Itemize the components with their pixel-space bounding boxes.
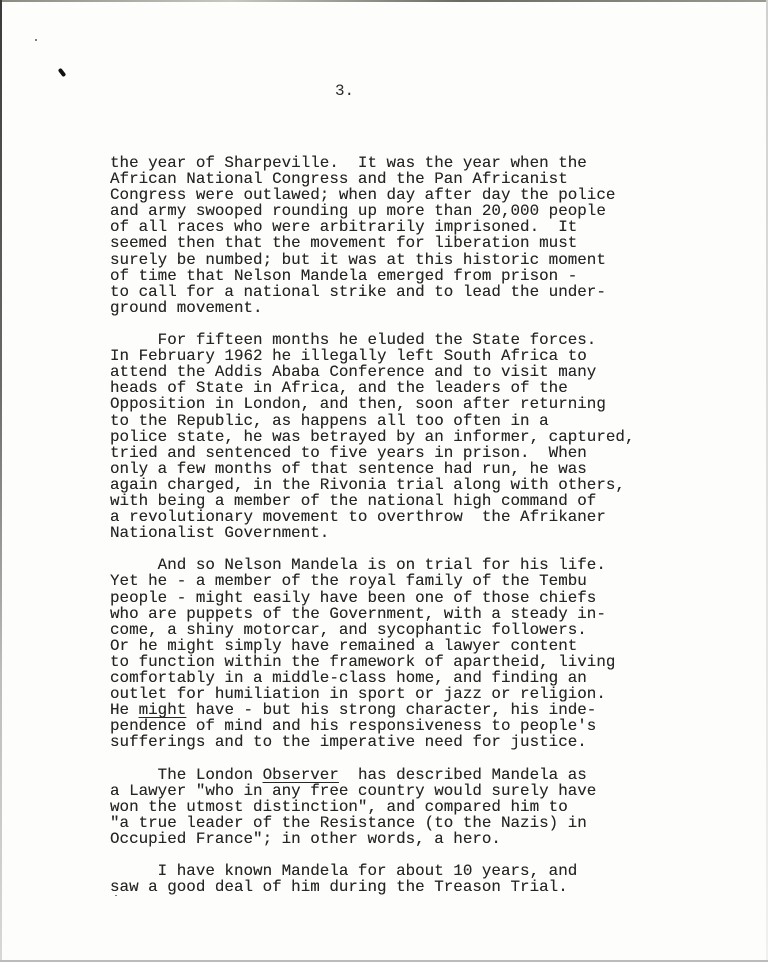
text-line: tried and sentenced to five years in pri…	[110, 445, 670, 461]
text-line: He might have - but his strong character…	[110, 702, 670, 718]
text-line: "a true leader of the Resistance (to the…	[110, 815, 670, 831]
paragraph: I have known Mandela for about 10 years,…	[110, 863, 670, 895]
paragraph: And so Nelson Mandela is on trial for hi…	[110, 557, 670, 750]
text-line: the year of Sharpeville. It was the year…	[110, 155, 670, 171]
text-line: only a few months of that sentence had r…	[110, 461, 670, 477]
text-line: to function within the framework of apar…	[110, 654, 670, 670]
text-line: The London Observer has described Mandel…	[110, 767, 670, 783]
paragraph: The London Observer has described Mandel…	[110, 767, 670, 847]
text-line: sufferings and to the imperative need fo…	[110, 734, 670, 750]
text-line: I have known Mandela for about 10 years,…	[110, 863, 670, 879]
text-line: and army swooped rounding up more than 2…	[110, 203, 670, 219]
text-line: attend the Addis Ababa Conference and to…	[110, 364, 670, 380]
text-line: Or he might simply have remained a lawye…	[110, 638, 670, 654]
page-edge-left	[0, 0, 2, 962]
text-line: police state, he was betrayed by an info…	[110, 429, 670, 445]
text-line: Congress were outlawed; when day after d…	[110, 187, 670, 203]
paragraph: the year of Sharpeville. It was the year…	[110, 155, 670, 316]
document-body: the year of Sharpeville. It was the year…	[110, 155, 670, 911]
text-line: heads of State in Africa, and the leader…	[110, 380, 670, 396]
text-line: to call for a national strike and to lea…	[110, 284, 670, 300]
text-line: of all races who were arbitrarily impris…	[110, 219, 670, 235]
ink-speck	[35, 39, 37, 41]
text-line: pendence of mind and his responsiveness …	[110, 718, 670, 734]
text-line: For fifteen months he eluded the State f…	[110, 332, 670, 348]
text-line: ground movement.	[110, 300, 670, 316]
text-line: seemed then that the movement for libera…	[110, 235, 670, 251]
text-line: In February 1962 he illegally left South…	[110, 348, 670, 364]
text-line: And so Nelson Mandela is on trial for hi…	[110, 557, 670, 573]
text-line: people - might easily have been one of t…	[110, 590, 670, 606]
paragraph: For fifteen months he eluded the State f…	[110, 332, 670, 541]
page-number: 3.	[335, 83, 354, 99]
text-line: a revolutionary movement to overthrow th…	[110, 509, 670, 525]
page-edge-top	[0, 0, 768, 2]
text-line: of time that Nelson Mandela emerged from…	[110, 268, 670, 284]
text-line: surely be numbed; but it was at this his…	[110, 252, 670, 268]
text-line: outlet for humiliation in sport or jazz …	[110, 686, 670, 702]
text-line: African National Congress and the Pan Af…	[110, 171, 670, 187]
text-line: saw a good deal of him during the Treaso…	[110, 879, 670, 895]
document-page: 3. the year of Sharpeville. It was the y…	[0, 0, 768, 962]
text-line: Yet he - a member of the royal family of…	[110, 573, 670, 589]
text-line: to the Republic, as happens all too ofte…	[110, 413, 670, 429]
text-line: comfortably in a middle-class home, and …	[110, 670, 670, 686]
text-line: Opposition in London, and then, soon aft…	[110, 396, 670, 412]
text-line: who are puppets of the Government, with …	[110, 606, 670, 622]
ink-mark	[58, 68, 67, 78]
text-line: Nationalist Government.	[110, 525, 670, 541]
text-line: Occupied France"; in other words, a hero…	[110, 831, 670, 847]
text-line: again charged, in the Rivonia trial alon…	[110, 477, 670, 493]
text-line: come, a shiny motorcar, and sycophantic …	[110, 622, 670, 638]
underlined-word: Observer	[263, 766, 339, 784]
text-line: won the utmost distinction", and compare…	[110, 799, 670, 815]
text-line: a Lawyer "who in any free country would …	[110, 783, 670, 799]
text-line: with being a member of the national high…	[110, 493, 670, 509]
